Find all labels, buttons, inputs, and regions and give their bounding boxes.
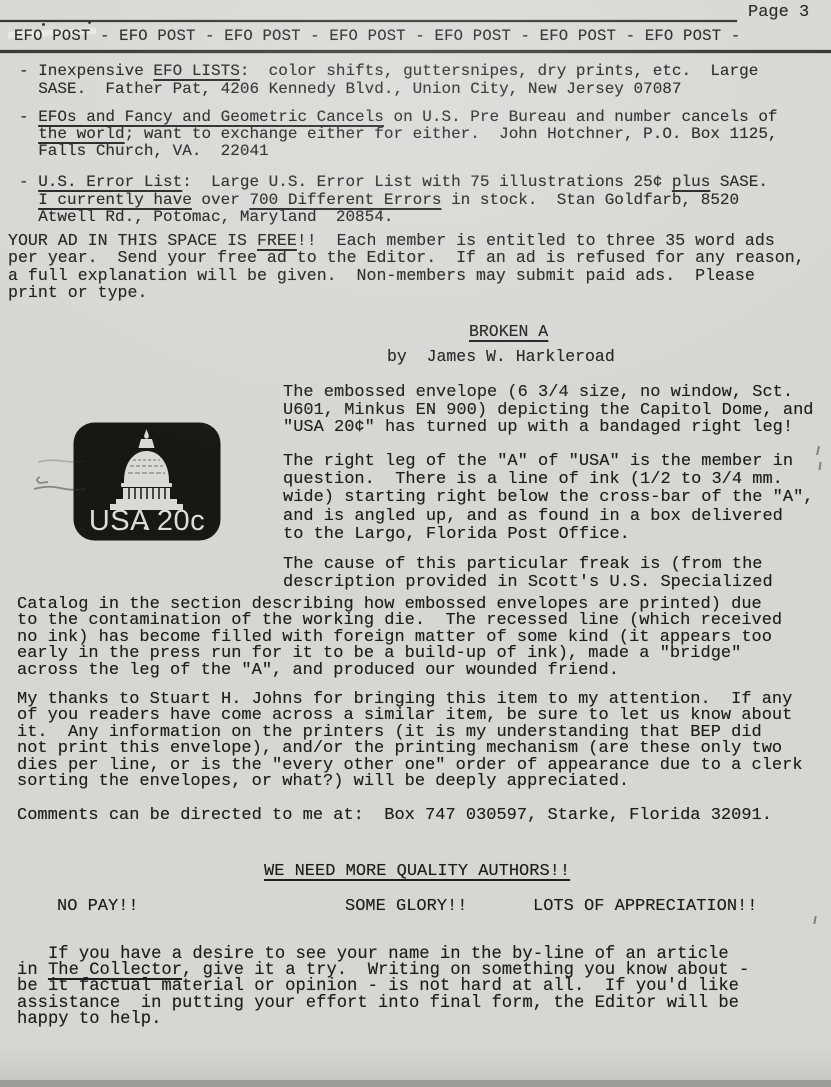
scan-tick	[816, 446, 820, 455]
free-ad-notice: YOUR AD IN THIS SPACE IS FREE!! Each mem…	[8, 232, 805, 302]
masthead-rule	[0, 50, 831, 53]
dome-column-lines	[129, 488, 165, 499]
article-paragraph: My thanks to Stuart H. Johns for bringin…	[17, 692, 803, 790]
newsletter-page: Page 3 EFO POST - EFO POST - EFO POST - …	[0, 0, 831, 1087]
masthead: EFO POST - EFO POST - EFO POST - EFO POS…	[14, 27, 740, 45]
callout-item-appreciation: LOTS OF APPRECIATION!!	[533, 897, 757, 916]
closing-paragraph: If you have a desire to see your name in…	[17, 947, 749, 1028]
article-paragraph: The embossed envelope (6 3/4 size, no wi…	[283, 384, 814, 437]
scan-edge	[0, 1080, 831, 1087]
stamp-denomination: USA 20c	[89, 505, 205, 537]
stray-mark	[88, 20, 91, 24]
scan-tick	[818, 462, 821, 470]
classified-ad-efo-lists: - Inexpensive EFO LISTS: color shifts, g…	[19, 63, 758, 98]
article-paragraph: The right leg of the "A" of "USA" is the…	[283, 453, 814, 544]
article-paragraph: Catalog in the section describing how em…	[17, 597, 782, 679]
stamp-image: USA 20c	[73, 422, 221, 541]
authors-callout-heading: WE NEED MORE QUALITY AUTHORS!!	[264, 862, 570, 881]
scan-tick	[813, 916, 816, 924]
contact-line: Comments can be directed to me at: Box 7…	[17, 806, 772, 825]
callout-item-some-glory: SOME GLORY!!	[345, 897, 467, 916]
cancel-marks	[28, 452, 88, 500]
classified-ad-error-list: - U.S. Error List: Large U.S. Error List…	[19, 174, 768, 227]
callout-item-no-pay: NO PAY!!	[57, 897, 139, 916]
article-paragraph: The cause of this particular freak is (f…	[283, 556, 773, 592]
classified-ad-cancels: - EFOs and Fancy and Geometric Cancels o…	[19, 109, 778, 160]
top-rule	[0, 20, 737, 22]
article-title: BROKEN A	[469, 322, 548, 341]
stray-mark	[42, 23, 45, 26]
page-number: Page 3	[748, 3, 809, 22]
article-byline: by James W. Harkleroad	[387, 347, 615, 366]
